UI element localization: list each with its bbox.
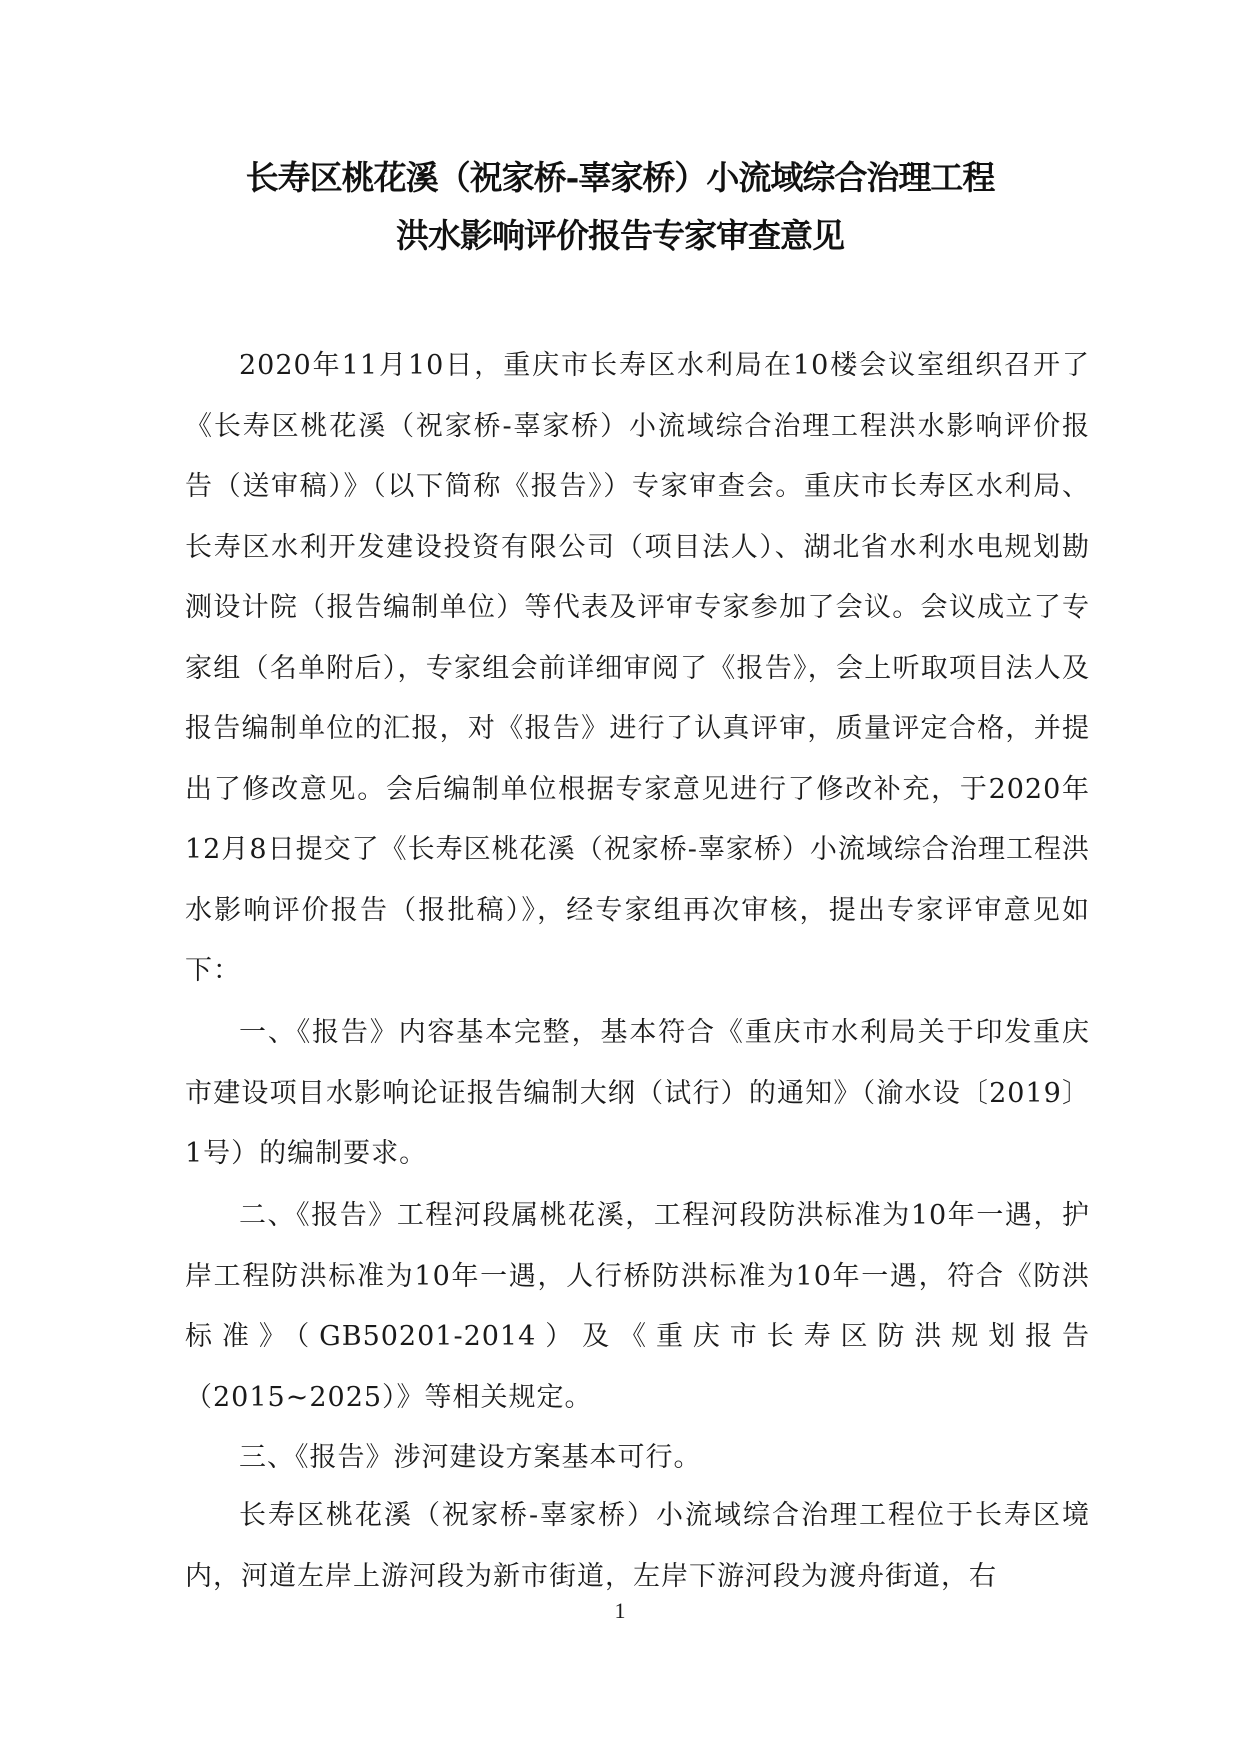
document-title-line1: 长寿区桃花溪（祝家桥-辜家桥）小流域综合治理工程: [0, 152, 1240, 199]
document-title-line2: 洪水影响评价报告专家审查意见: [0, 210, 1240, 257]
paragraph-opinion-3: 三、《报告》涉河建设方案基本可行。: [185, 1428, 1090, 1489]
paragraph-opinion-1: 一、《报告》内容基本完整，基本符合《重庆市水利局关于印发重庆市建设项目水影响论证…: [185, 1003, 1090, 1185]
paragraph-project-location: 长寿区桃花溪（祝家桥-辜家桥）小流域综合治理工程位于长寿区境内，河道左岸上游河段…: [185, 1486, 1090, 1607]
page-number: 1: [0, 1598, 1240, 1624]
paragraph-intro: 2020年11月10日，重庆市长寿区水利局在10楼会议室组织召开了《长寿区桃花溪…: [185, 336, 1090, 1002]
paragraph-opinion-2: 二、《报告》工程河段属桃花溪，工程河段防洪标准为10年一遇，护岸工程防洪标准为1…: [185, 1186, 1090, 1428]
